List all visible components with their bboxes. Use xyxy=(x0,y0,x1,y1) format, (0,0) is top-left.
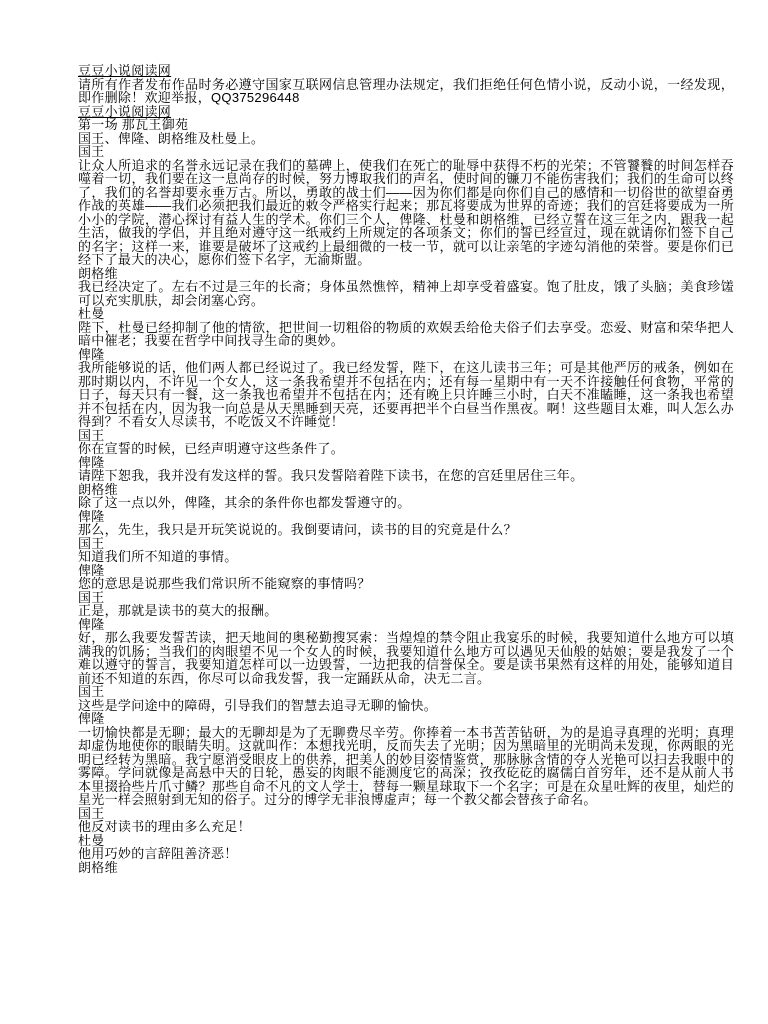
dialogue-block: 国王 他反对读书的理由多么充足！ xyxy=(78,807,734,834)
speaker-name: 俾隆 xyxy=(78,510,734,524)
speech-text: 知道我们所不知道的事情。 xyxy=(78,550,734,564)
dialogue-block: 俾隆 一切愉快都是无聊；最大的无聊却是为了无聊费尽辛劳。你捧着一本书苦苦钻研，为… xyxy=(78,712,734,807)
scene-heading: 第一场 那瓦王御苑 xyxy=(78,118,734,132)
speaker-name: 俾隆 xyxy=(78,618,734,632)
speaker-name: 俾隆 xyxy=(78,348,734,362)
speech-text: 他用巧妙的言辞阻善济恶！ xyxy=(78,847,734,861)
speaker-name: 国王 xyxy=(78,807,734,821)
dialogue-block: 朗格维 我已经决定了。左右不过是三年的长斋；身体虽然憔悴，精神上却享受着盛宴。饱… xyxy=(78,267,734,308)
speaker-name: 国王 xyxy=(78,685,734,699)
speaker-name: 朗格维 xyxy=(78,483,734,497)
speech-text: 他反对读书的理由多么充足！ xyxy=(78,820,734,834)
dialogue-block: 国王 知道我们所不知道的事情。 xyxy=(78,537,734,564)
site-link-row: 豆豆小说阅读网 xyxy=(78,105,734,119)
speech-text: 这些是学问途中的障碍，引导我们的智慧去追寻无聊的愉快。 xyxy=(78,699,734,713)
speaker-name: 国王 xyxy=(78,591,734,605)
site-home-link[interactable]: 豆豆小说阅读网 xyxy=(78,64,171,78)
speech-text: 正是，那就是读书的莫大的报酬。 xyxy=(78,604,734,618)
speech-text: 您的意思是说那些我们常识所不能窥察的事情吗？ xyxy=(78,577,734,591)
dialogue-block: 杜曼 陛下，杜曼已经抑制了他的情欲，把世间一切粗俗的物质的欢娱丢给伧夫俗子们去享… xyxy=(78,307,734,348)
speaker-name: 杜曼 xyxy=(78,307,734,321)
stage-direction: 国王、俾隆、朗格维及杜曼上。 xyxy=(78,132,734,146)
dialogue-block: 国王 你在宣誓的时候，已经声明遵守这些条件了。 xyxy=(78,429,734,456)
speaker-name: 国王 xyxy=(78,429,734,443)
dialogue-block: 国王 让众人所追求的名誉永远记录在我们的墓碑上，使我们在死亡的耻辱中获得不朽的光… xyxy=(78,145,734,267)
speech-text: 陛下，杜曼已经抑制了他的情欲，把世间一切粗俗的物质的欢娱丢给伧夫俗子们去享受。恋… xyxy=(78,321,734,348)
speaker-name: 杜曼 xyxy=(78,834,734,848)
content-policy-notice: 请所有作者发布作品时务必遵守国家互联网信息管理办法规定，我们拒绝任何色情小说，反… xyxy=(78,78,734,105)
speech-text: 你在宣誓的时候，已经声明遵守这些条件了。 xyxy=(78,442,734,456)
speech-text: 让众人所追求的名誉永远记录在我们的墓碑上，使我们在死亡的耻辱中获得不朽的光荣；不… xyxy=(78,159,734,267)
dialogue-block: 杜曼 他用巧妙的言辞阻善济恶！ xyxy=(78,834,734,861)
speaker-name: 俾隆 xyxy=(78,712,734,726)
speech-text: 我已经决定了。左右不过是三年的长斋；身体虽然憔悴，精神上却享受着盛宴。饱了肚皮，… xyxy=(78,280,734,307)
speaker-name: 俾隆 xyxy=(78,456,734,470)
speaker-name: 俾隆 xyxy=(78,564,734,578)
speech-text: 请陛下恕我，我并没有发这样的誓。我只发誓陪着陛下读书，在您的宫廷里居住三年。 xyxy=(78,469,734,483)
dialogue-block: 俾隆 好，那么我要发誓苦读，把天地间的奥秘勤搜冥索：当煌煌的禁令阻止我宴乐的时候… xyxy=(78,618,734,686)
dialogue-block: 朗格维 除了这一点以外，俾隆，其余的条件你也都发誓遵守的。 xyxy=(78,483,734,510)
dialogue-block: 俾隆 您的意思是说那些我们常识所不能窥察的事情吗？ xyxy=(78,564,734,591)
dialogue-block: 国王 正是，那就是读书的莫大的报酬。 xyxy=(78,591,734,618)
site-header-row: 豆豆小说阅读网 xyxy=(78,64,734,78)
dialogue-block: 俾隆 请陛下恕我，我并没有发这样的誓。我只发誓陪着陛下读书，在您的宫廷里居住三年… xyxy=(78,456,734,483)
speech-text: 一切愉快都是无聊；最大的无聊却是为了无聊费尽辛劳。你捧着一本书苦苦钻研，为的是追… xyxy=(78,726,734,807)
dialogue-block: 俾隆 我所能够说的话，他们两人都已经说过了。我已经发誓，陛下，在这儿读书三年；可… xyxy=(78,348,734,429)
speaker-name: 朗格维 xyxy=(78,267,734,281)
speaker-name: 国王 xyxy=(78,145,734,159)
speech-text: 那么，先生，我只是开玩笑说说的。我倒要请问，读书的目的究竟是什么？ xyxy=(78,523,734,537)
dialogue-container: 国王 让众人所追求的名誉永远记录在我们的墓碑上，使我们在死亡的耻辱中获得不朽的光… xyxy=(78,145,734,874)
speaker-name: 国王 xyxy=(78,537,734,551)
document-page: 豆豆小说阅读网 请所有作者发布作品时务必遵守国家互联网信息管理办法规定，我们拒绝… xyxy=(78,64,734,874)
speech-text: 除了这一点以外，俾隆，其余的条件你也都发誓遵守的。 xyxy=(78,496,734,510)
dialogue-block: 俾隆 那么，先生，我只是开玩笑说说的。我倒要请问，读书的目的究竟是什么？ xyxy=(78,510,734,537)
dialogue-block: 国王 这些是学问途中的障碍，引导我们的智慧去追寻无聊的愉快。 xyxy=(78,685,734,712)
speech-text: 我所能够说的话，他们两人都已经说过了。我已经发誓，陛下，在这儿读书三年；可是其他… xyxy=(78,361,734,429)
site-home-link-repeat[interactable]: 豆豆小说阅读网 xyxy=(78,105,171,119)
speaker-name: 朗格维 xyxy=(78,861,734,875)
dialogue-block: 朗格维 xyxy=(78,861,734,875)
speech-text: 好，那么我要发誓苦读，把天地间的奥秘勤搜冥索：当煌煌的禁令阻止我宴乐的时候，我要… xyxy=(78,631,734,685)
